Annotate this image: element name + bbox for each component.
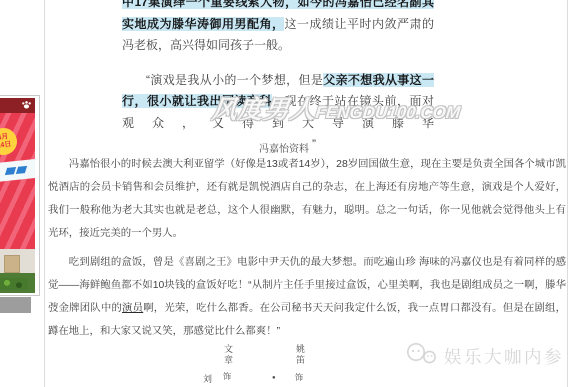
ad-photo-building (4, 255, 20, 273)
cast-shi-label: 饰 (223, 371, 231, 382)
body-paragraph-bio: 冯嘉怡很小的时候去澳大利亚留学（好像是13或者14岁），28岁回国做生意，现在主… (48, 153, 566, 245)
side-ad-banner[interactable]: 4月 14日 (0, 95, 40, 296)
paragraph-text: “演戏是我从小的一个梦想，但是 (146, 73, 323, 87)
side-ad-graphic: 4月 14日 (0, 98, 35, 293)
cast-character-char: 刘 (203, 372, 212, 385)
ad-paw-bar (0, 98, 35, 113)
body-paragraph-boxlunch: 吃到剧组的盒饭，曾是《喜剧之王》电影中尹天仇的最大梦想。而吃遍山珍 海味的冯嘉仪… (48, 251, 566, 343)
ad-date-line2: 14日 (0, 140, 12, 150)
keyword-link-actor[interactable]: 演员 (122, 303, 143, 314)
ad-gray-block[interactable] (0, 297, 31, 313)
quote-block: 中17集演绎一个重要线索人物，如今的冯嘉怡已经名副其实地成为滕华涛御用男配角，这… (122, 0, 434, 156)
quote-paragraph-1: 中17集演绎一个重要线索人物，如今的冯嘉怡已经名副其实地成为滕华涛御用男配角，这… (122, 0, 434, 57)
cast-actor-name: 姚笛 (294, 344, 307, 366)
cast-shi-label: 饰 (295, 372, 303, 383)
cast-separator-dot: ● (272, 375, 276, 381)
ad-photo-plants (0, 278, 28, 290)
cast-credits-image: 文章 刘 饰 ● 姚笛 饰 (190, 341, 330, 387)
ad-photo (0, 249, 35, 293)
cast-actor-name: 文章 (222, 344, 235, 366)
